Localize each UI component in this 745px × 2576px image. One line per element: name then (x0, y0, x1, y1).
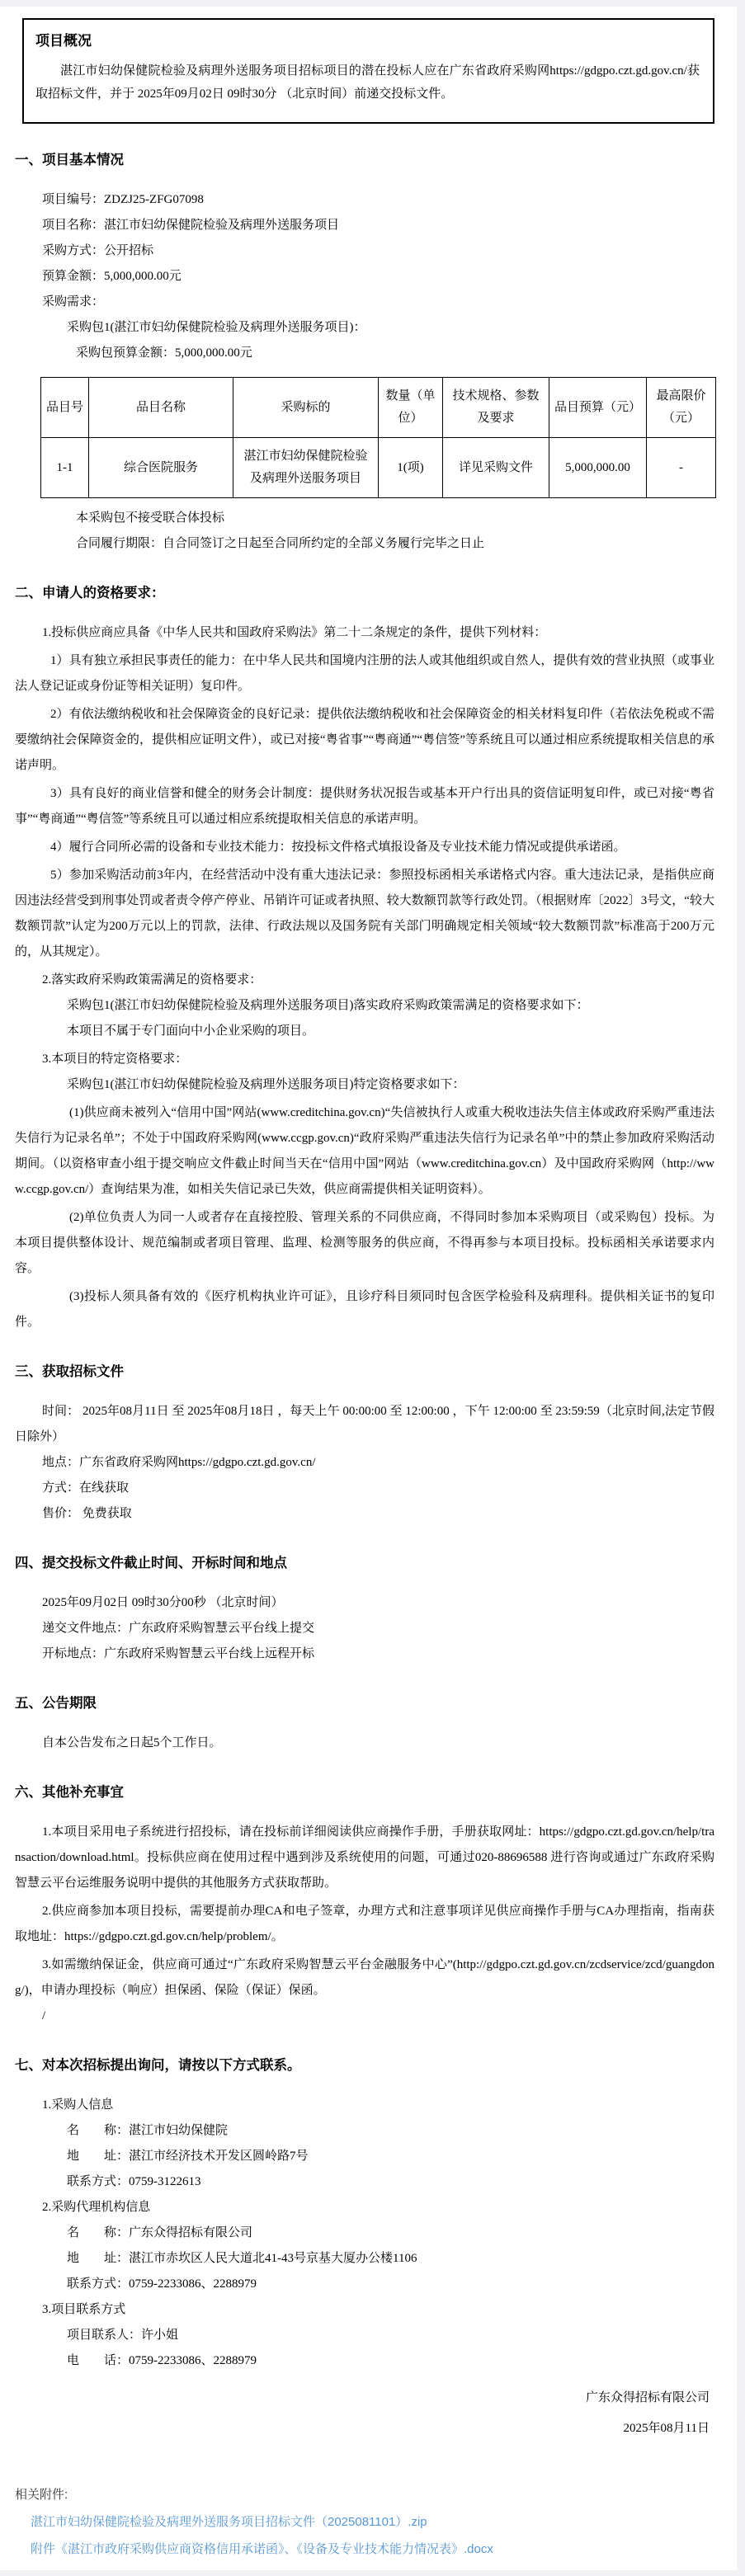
section-6-body: 1.本项目采用电子系统进行招投标，请在投标前详细阅读供应商操作手册，手册获取网址… (15, 1820, 714, 2029)
section-2-body: 1.投标供应商应具备《中华人民共和国政府采购法》第二十二条规定的条件，提供下列材… (15, 620, 714, 1335)
table-row: 1-1 综合医院服务 湛江市妇幼保健院检验及病理外送服务项目 1(项) 详见采购… (41, 438, 716, 498)
bid-deadline: 2025年09月02日 09时30分00秒 （北京时间） (15, 1590, 714, 1616)
purchaser-name: 名 称：湛江市妇幼保健院 (15, 2118, 714, 2144)
specific-requirement-package: 采购包1(湛江市妇幼保健院检验及病理外送服务项目)特定资格要求如下： (15, 1072, 714, 1098)
cell-max-price: - (647, 438, 716, 498)
doc-obtain-price: 售价： 免费获取 (15, 1501, 714, 1527)
purchaser-contact: 联系方式：0759-3122613 (15, 2169, 714, 2195)
supplementary-slash: / (15, 2004, 714, 2029)
announcement-period: 自本公告发布之日起5个工作日。 (15, 1731, 714, 1756)
doc-obtain-time: 时间： 2025年08月11日 至 2025年08月18日 ，每天上午 00:0… (15, 1399, 714, 1450)
package-1-budget: 采购包预算金额：5,000,000.00元 (15, 341, 714, 366)
table-header-row: 品目号 品目名称 采购标的 数量（单位） 技术规格、参数及要求 品目预算（元） … (41, 378, 716, 438)
policy-requirement-package: 采购包1(湛江市妇幼保健院检验及病理外送服务项目)落实政府采购政策需满足的资格要… (15, 993, 714, 1019)
section-1-heading: 一、项目基本情况 (15, 152, 714, 168)
agency-address: 地 址：湛江市赤坎区人民大道北41-43号京基大厦办公楼1106 (15, 2246, 714, 2272)
supplementary-para: 1.本项目采用电子系统进行招投标，请在投标前详细阅读供应商操作手册，手册获取网址… (15, 1820, 714, 1896)
procurement-method: 采购方式：公开招标 (15, 238, 714, 264)
col-item-budget: 品目预算（元） (549, 378, 647, 438)
section-5-body: 自本公告发布之日起5个工作日。 (15, 1731, 714, 1756)
col-tech-spec: 技术规格、参数及要求 (443, 378, 549, 438)
section-7-body: 1.采购人信息 名 称：湛江市妇幼保健院 地 址：湛江市经济技术开发区圆岭路7号… (15, 2093, 714, 2374)
agency-contact: 联系方式：0759-2233086、2288979 (15, 2272, 714, 2297)
qualification-para: 4）履行合同所必需的设备和专业技术能力：按投标文件格式填报设备及专业技术能力情况… (15, 835, 714, 860)
cell-subject: 湛江市妇幼保健院检验及病理外送服务项目 (233, 438, 379, 498)
section-3-heading: 三、获取招标文件 (15, 1363, 714, 1380)
project-number: 项目编号：ZDZJ25-ZFG07098 (15, 187, 714, 213)
purchaser-address: 地 址：湛江市经济技术开发区圆岭路7号 (15, 2144, 714, 2169)
qualification-para: 1）具有独立承担民事责任的能力：在中华人民共和国境内注册的法人或其他组织或自然人… (15, 648, 714, 699)
specific-requirement-para: (3)投标人须具备有效的《医疗机构执业许可证》，且诊疗科目须同时包含医学检验科及… (15, 1284, 714, 1335)
attachments-label: 相关附件: (15, 2486, 714, 2504)
purchaser-info-title: 1.采购人信息 (15, 2093, 714, 2118)
section-4-heading: 四、提交投标文件截止时间、开标时间和地点 (15, 1555, 714, 1571)
section-2-heading: 二、申请人的资格要求： (15, 585, 714, 601)
signature-company: 广东众得招标有限公司 (15, 2385, 710, 2411)
cell-tech-spec: 详见采购文件 (443, 438, 549, 498)
qualification-para: 1.投标供应商应具备《中华人民共和国政府采购法》第二十二条规定的条件，提供下列材… (15, 620, 714, 646)
project-name: 项目名称：湛江市妇幼保健院检验及病理外送服务项目 (15, 213, 714, 238)
section-4-body: 2025年09月02日 09时30分00秒 （北京时间） 递交文件地点：广东政府… (15, 1590, 714, 1667)
overview-title: 项目概况 (35, 33, 700, 49)
not-sme-note: 本项目不属于专门面向中小企业采购的项目。 (15, 1019, 714, 1044)
overview-text: 湛江市妇幼保健院检验及病理外送服务项目招标项目的潜在投标人应在广东省政府采购网h… (35, 59, 700, 106)
cell-item-budget: 5,000,000.00 (549, 438, 647, 498)
agency-name: 名 称：广东众得招标有限公司 (15, 2220, 714, 2246)
project-contact-title: 3.项目联系方式 (15, 2297, 714, 2323)
doc-obtain-place: 地点：广东省政府采购网https://gdgpo.czt.gd.gov.cn/ (15, 1450, 714, 1476)
budget-amount: 预算金额：5,000,000.00元 (15, 264, 714, 290)
attachment-link-tender-file[interactable]: 湛江市妇幼保健院检验及病理外送服务项目招标文件（2025081101）.zip (15, 2513, 714, 2531)
section-1-body: 项目编号：ZDZJ25-ZFG07098 项目名称：湛江市妇幼保健院检验及病理外… (15, 187, 714, 557)
attachment-link-commitment-doc[interactable]: 附件《湛江市政府采购供应商资格信用承诺函》、《设备及专业技术能力情况表》.doc… (15, 2541, 714, 2559)
section-3-body: 时间： 2025年08月11日 至 2025年08月18日 ，每天上午 00:0… (15, 1399, 714, 1527)
project-contact-person: 项目联系人：许小姐 (15, 2323, 714, 2348)
col-item-name: 品目名称 (89, 378, 233, 438)
section-5-heading: 五、公告期限 (15, 1695, 714, 1712)
policy-requirement-label: 2.落实政府采购政策需满足的资格要求： (15, 968, 714, 993)
specific-requirement-para: (1)供应商未被列入“信用中国”网站(www.creditchina.gov.c… (15, 1100, 714, 1203)
package-1-label: 采购包1(湛江市妇幼保健院检验及病理外送服务项目)： (15, 315, 714, 341)
signature-date: 2025年08月11日 (15, 2416, 710, 2442)
announcement-document: 项目概况 湛江市妇幼保健院检验及病理外送服务项目招标项目的潜在投标人应在广东省政… (0, 7, 737, 2570)
specific-requirement-label: 3.本项目的特定资格要求： (15, 1047, 714, 1072)
supplementary-para: 3.如需缴纳保证金，供应商可通过“广东政府采购智慧云平台金融服务中心”(http… (15, 1952, 714, 2004)
procurement-demand-label: 采购需求： (15, 290, 714, 315)
attachments-section: 相关附件: 湛江市妇幼保健院检验及病理外送服务项目招标文件（2025081101… (15, 2486, 714, 2559)
procurement-items-table: 品目号 品目名称 采购标的 数量（单位） 技术规格、参数及要求 品目预算（元） … (40, 377, 716, 498)
qualification-para: 5）参加采购活动前3年内，在经营活动中没有重大违法记录：参照投标函相关承诺格式内… (15, 863, 714, 965)
col-item-no: 品目号 (41, 378, 89, 438)
project-contact-phone: 电 话：0759-2233086、2288979 (15, 2348, 714, 2374)
signature-block: 广东众得招标有限公司 2025年08月11日 (15, 2385, 714, 2442)
cell-quantity: 1(项) (379, 438, 443, 498)
col-subject: 采购标的 (233, 378, 379, 438)
specific-requirement-para: (2)单位负责人为同一人或者存在直接控股、管理关系的不同供应商，不得同时参加本采… (15, 1205, 714, 1282)
no-consortium-note: 本采购包不接受联合体投标 (15, 506, 714, 531)
cell-item-name: 综合医院服务 (89, 438, 233, 498)
open-bid-place: 开标地点：广东政府采购智慧云平台线上远程开标 (15, 1641, 714, 1667)
section-7-heading: 七、对本次招标提出询问，请按以下方式联系。 (15, 2057, 714, 2074)
col-quantity: 数量（单位） (379, 378, 443, 438)
supplementary-para: 2.供应商参加本项目投标，需要提前办理CA和电子签章，办理方式和注意事项详见供应… (15, 1899, 714, 1950)
agency-info-title: 2.采购代理机构信息 (15, 2195, 714, 2220)
qualification-para: 2）有依法缴纳税收和社会保障资金的良好记录：提供依法缴纳税收和社会保障资金的相关… (15, 702, 714, 779)
section-6-heading: 六、其他补充事宜 (15, 1784, 714, 1801)
qualification-para: 3）具有良好的商业信誉和健全的财务会计制度：提供财务状况报告或基本开户行出具的资… (15, 781, 714, 832)
submit-place: 递交文件地点：广东政府采购智慧云平台线上提交 (15, 1616, 714, 1641)
col-max-price: 最高限价（元） (647, 378, 716, 438)
contract-period-note: 合同履行期限：自合同签订之日起至合同所约定的全部义务履行完毕之日止 (15, 531, 714, 557)
doc-obtain-method: 方式：在线获取 (15, 1476, 714, 1501)
cell-item-no: 1-1 (41, 438, 89, 498)
project-overview-box: 项目概况 湛江市妇幼保健院检验及病理外送服务项目招标项目的潜在投标人应在广东省政… (22, 18, 714, 124)
